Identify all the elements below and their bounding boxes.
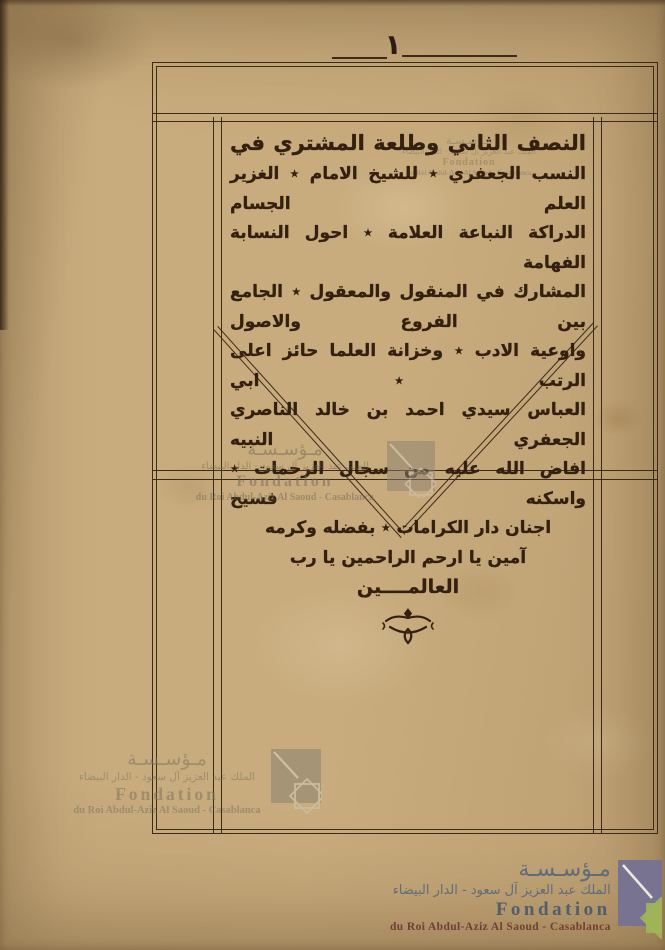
text-line: واوعية الادب ٭ وخزانة العلما حائز اعلى ا…: [230, 337, 586, 396]
manuscript-text: النصف الثاني وطلعة المشتري في النسب الجع…: [230, 127, 586, 646]
text-line: افاض الله عليه من سجال الرحمات ٭ واسكنه …: [230, 455, 586, 514]
folio-rule-left: [332, 57, 387, 59]
foundation-logo-icon: [616, 858, 662, 940]
text-frame-right: [593, 117, 602, 833]
star-icon: [640, 897, 662, 939]
text-line: الدراكة النباعة العلامة ٭ احول النسابة ا…: [230, 219, 586, 278]
text-line: العباس سيدي احمد بن خالد الناصري الجعفري…: [230, 396, 586, 455]
header-rule: [152, 113, 658, 122]
folio-number: ١: [381, 28, 405, 61]
text-line: آمين يا ارحم الراحمين يا رب: [280, 544, 536, 574]
stamp-latin-title: Fondation: [496, 899, 611, 920]
library-stamp: مـؤسـسـة الملك عبد العزيز آل سعود - الدا…: [390, 858, 662, 940]
text-frame-left: [213, 117, 222, 833]
text-line: العالمــــين: [230, 573, 586, 603]
scanned-manuscript-page: ١ مـؤسـسـة الملك عبد العزيز آل سعود - ال…: [0, 0, 665, 950]
tailpiece-ornament-icon: [377, 606, 439, 646]
text-line: المشارك في المنقول والمعقول ٭ الجامع بين…: [230, 278, 586, 337]
pen-stroke-icon: [623, 865, 652, 898]
text-line: النصف الثاني وطلعة المشتري في: [230, 127, 586, 160]
stamp-arabic-title: مـؤسـسـة: [518, 858, 610, 882]
text-line: النسب الجعفري ٭ للشيخ الامام ٭ الغزير ال…: [230, 160, 586, 219]
stamp-latin-subtitle: du Roi Abdul-Aziz Al Saoud - Casablanca: [390, 920, 611, 935]
folio-rule-right: [402, 55, 517, 57]
text-line: اجنان دار الكرامات ٭ بفضله وكرمه: [248, 514, 568, 544]
stamp-arabic-subtitle: الملك عبد العزيز آل سعود - الدار البيضاء: [393, 882, 611, 899]
